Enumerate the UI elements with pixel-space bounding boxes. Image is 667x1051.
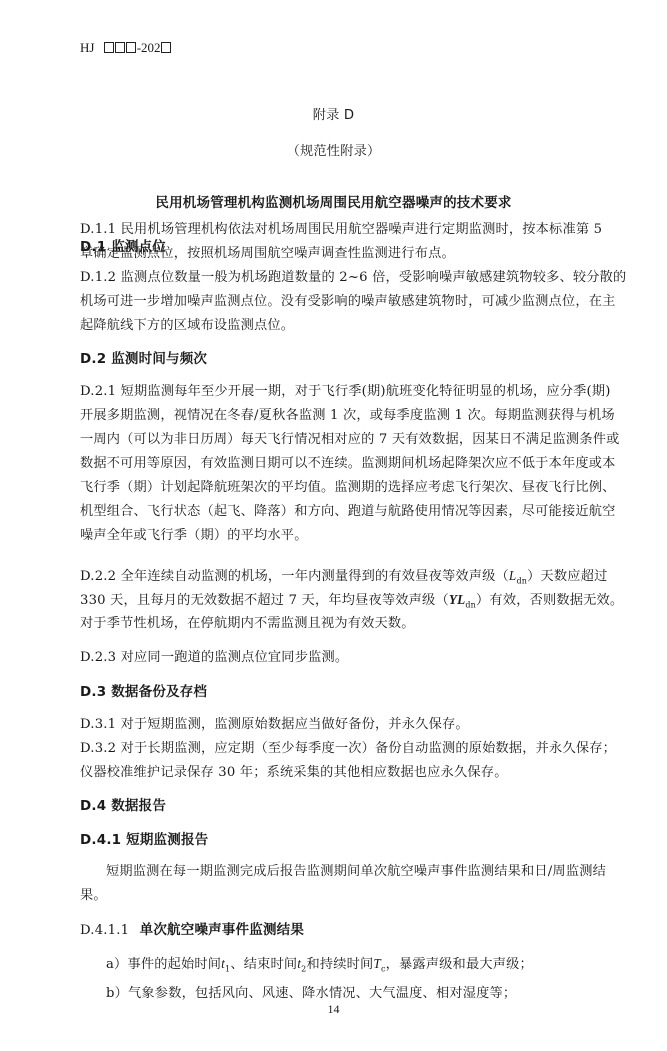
annex-subtitle: （规范性附录） [0,144,667,160]
para-d22-line3: 对于季节性机场，在停航期内不需监测且视为有效天数。 [80,616,415,632]
subsection-heading-d41: D.4.1 短期监测报告 [80,832,208,848]
para-d21-line5: 飞行季（期）计划起降航班架次的平均值。监测期的选择应考虑飞行架次、昼夜飞行比例、 [80,480,616,496]
para-d41-line2: 果。 [80,888,107,904]
para-d31: D.3.1 对于短期监测，监测原始数据应当做好备份，并永久保存。 [80,717,469,733]
para-d111-line1: D.1.1 民用机场管理机构依法对机场周围民用航空器噪声进行定期监测时，按本标准… [80,222,602,238]
standard-number-placeholder [104,40,137,55]
para-d22-line1: D.2.2 全年连续自动监测的机场，一年内测量得到的有效昼夜等效声级（Ldn）天… [80,568,607,590]
text: 330 天，且每月的无效数据不超过 7 天，年均昼夜等效声级（ [80,593,449,608]
list-item-a: a）事件的起始时间t1、结束时间t2和持续时间Tc，暴露声级和最大声级； [106,956,533,978]
standard-prefix: HJ [80,40,94,55]
subscript-dn: dn [516,577,527,586]
para-d22-line2: 330 天，且每月的无效数据不超过 7 天，年均昼夜等效声级（YLdn）有效，否… [80,592,623,614]
d411-number: D.4.1.1 [80,923,129,938]
para-d112-line2: 机场可进一步增加噪声监测点位。没有受影响的噪声敏感建筑物时，可减少监测点位，在主 [80,294,616,310]
text: D.2.2 全年连续自动监测的机场，一年内测量得到的有效昼夜等效声级（ [80,569,509,584]
para-d21-line2: 开展多期监测，视情况在冬春/夏秋各监测 1 次，或每季度监测 1 次。每期监测获… [80,408,615,424]
para-d112-line1: D.1.2 监测点位数量一般为机场跑道数量的 2~6 倍，受影响噪声敏感建筑物较… [80,270,626,286]
subsection-heading-d411: D.4.1.1 单次航空噪声事件监测结果 [80,922,304,939]
text: a）事件的起始时间 [106,957,221,972]
para-d32-line1: D.3.2 对于长期监测，应定期（至少每季度一次）备份自动监测的原始数据，并永久… [80,741,616,757]
annex-title: 附录 D [0,108,667,124]
text: ）天数应超过 [527,569,607,584]
section-heading-d3: D.3 数据备份及存档 [80,684,207,700]
text: ，暴露声级和最大声级； [386,957,533,972]
symbol-Tc: T [373,956,381,971]
para-d21-line3: 一周内（可以为非日历周）每天飞行情况相对应的 7 天有效数据，因某日不满足监测条… [80,432,619,448]
para-d21-line4: 数据不可用等原因，有效监测日期可以不连续。监测期间机场起降架次应不低于本年度或本 [80,456,616,472]
text: 和持续时间 [306,957,373,972]
para-d32-line2: 仪器校准维护记录保存 30 年；系统采集的其他相应数据也应永久保存。 [80,765,508,781]
page-number: 14 [0,1002,667,1017]
running-header: HJ -202 [80,40,172,56]
placeholder-box [126,42,136,53]
para-d21-line1: D.2.1 短期监测每年至少开展一期，对于飞行季(期)航班变化特征明显的机场，应… [80,384,611,400]
annex-heading: 民用机场管理机构监测机场周围民用航空器噪声的技术要求 [0,195,667,211]
placeholder-box [115,42,125,53]
placeholder-box [161,42,171,53]
para-d112-line3: 起降航线下方的区域布设监测点位。 [80,318,294,334]
para-d23: D.2.3 对应同一跑道的监测点位宜同步监测。 [80,650,348,666]
list-item-b: b）气象参数，包括风向、风速、降水情况、大气温度、相对湿度等； [106,986,516,1002]
document-page: HJ -202 附录 D （规范性附录） 民用机场管理机构监测机场周围民用航空器… [0,0,667,1051]
section-heading-d4: D.4 数据报告 [80,798,166,814]
standard-year: -202 [137,40,161,55]
section-heading-d2: D.2 监测时间与频次 [80,351,207,367]
symbol-YL: YL [449,592,466,607]
text: 、结束时间 [230,957,297,972]
para-d111-line2: 章确定监测点位，按照机场周围航空噪声调查性监测进行布点。 [80,246,455,262]
text: ）有效，否则数据无效。 [476,593,623,608]
para-d21-line6: 机型组合、飞行状态（起飞、降落）和方向、跑道与航路使用情况等因素，尽可能接近航空 [80,504,616,520]
subscript-dn: dn [465,601,476,610]
para-d41-line1: 短期监测在每一期监测完成后报告监测期间单次航空噪声事件监测结果和日/周监测结 [106,864,606,880]
placeholder-box [104,42,114,53]
para-d21-line7: 噪声全年或飞行季（期）的平均水平。 [80,528,308,544]
d411-title: 单次航空噪声事件监测结果 [140,922,304,938]
